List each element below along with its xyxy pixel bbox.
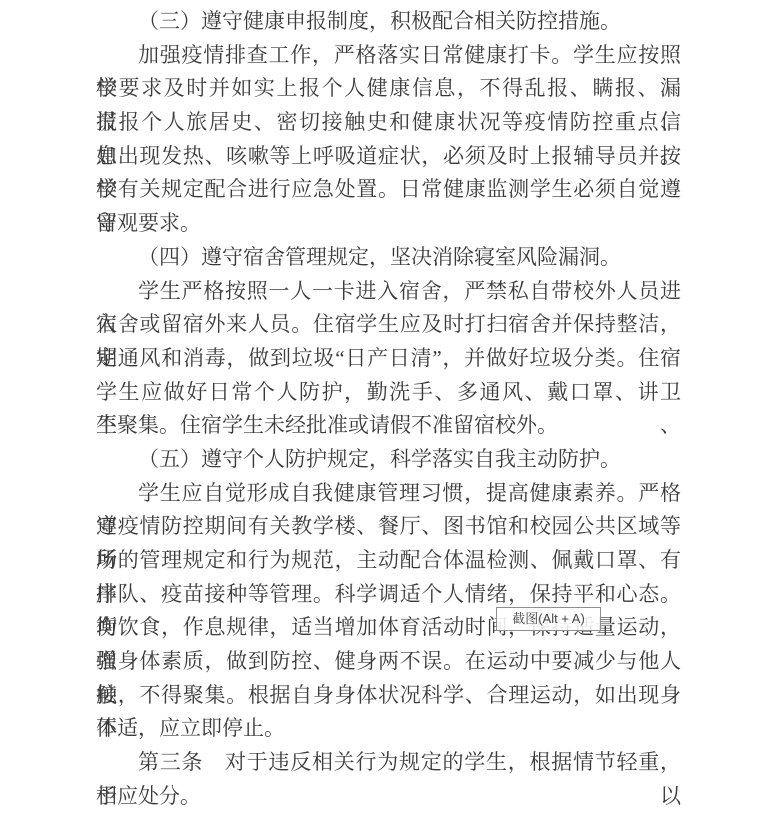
document-line: 所的管理规定和行为规范，主动配合体温检测、佩戴口罩、有序 xyxy=(96,544,681,578)
document-line: 不适，应立即停止。 xyxy=(96,712,681,746)
document-line: （三）遵守健康申报制度，积极配合相关防控措施。 xyxy=(96,5,681,39)
document-page: （三）遵守健康申报制度，积极配合相关防控措施。加强疫情排查工作，严格落实日常健康… xyxy=(0,0,777,829)
document-line: 如出现发热、咳嗽等上呼吸道症状，必须及时上报辅导员并按学 xyxy=(96,140,681,174)
document-line: 校要求及时并如实上报个人健康信息，不得乱报、瞒报、漏报、 xyxy=(96,72,681,106)
document-line: 强身体素质，做到防控、健身两不误。在运动中要减少与他人接 xyxy=(96,645,681,679)
document-line: 宿舍或留宿外来人员。住宿学生应及时打扫宿舍并保持整洁，定 xyxy=(96,308,681,342)
document-line: 学生应做好日常个人防护，勤洗手、多通风、戴口罩、讲卫生、 xyxy=(96,376,681,410)
document-line: （四）遵守宿舍管理规定，坚决消除寝室风险漏洞。 xyxy=(96,241,681,275)
document-line: 期通风和消毒，做到垃圾“日产日清”，并做好垃圾分类。住宿 xyxy=(96,342,681,376)
document-line: 留观要求。 xyxy=(96,207,681,241)
document-line: （五）遵守个人防护规定，科学落实自我主动防护。 xyxy=(96,443,681,477)
document-text: （三）遵守健康申报制度，积极配合相关防控措施。加强疫情排查工作，严格落实日常健康… xyxy=(96,5,681,814)
document-line: 学生严格按照一人一卡进入宿舍，严禁私自带校外人员进入 xyxy=(96,275,681,309)
screenshot-tooltip-label: 截图(Alt + A) xyxy=(512,611,585,626)
document-line: 谎报个人旅居史、密切接触史和健康状况等疫情防控重点信息。 xyxy=(96,106,681,140)
document-line: 触，不得聚集。根据自身身体状况科学、合理运动，如出现身体 xyxy=(96,679,681,713)
document-line: 第三条 对于违反相关行为规定的学生，根据情节轻重，予以 xyxy=(96,746,681,780)
document-line: 校有关规定配合进行应急处置。日常健康监测学生必须自觉遵守 xyxy=(96,173,681,207)
screenshot-tooltip: 截图(Alt + A) xyxy=(496,607,601,631)
document-line: 学生应自觉形成自我健康管理习惯，提高健康素养。严格遵 xyxy=(96,477,681,511)
document-line: 守疫情防控期间有关教学楼、餐厅、图书馆和校园公共区域等场 xyxy=(96,510,681,544)
document-line: 加强疫情排查工作，严格落实日常健康打卡。学生应按照学 xyxy=(96,39,681,73)
